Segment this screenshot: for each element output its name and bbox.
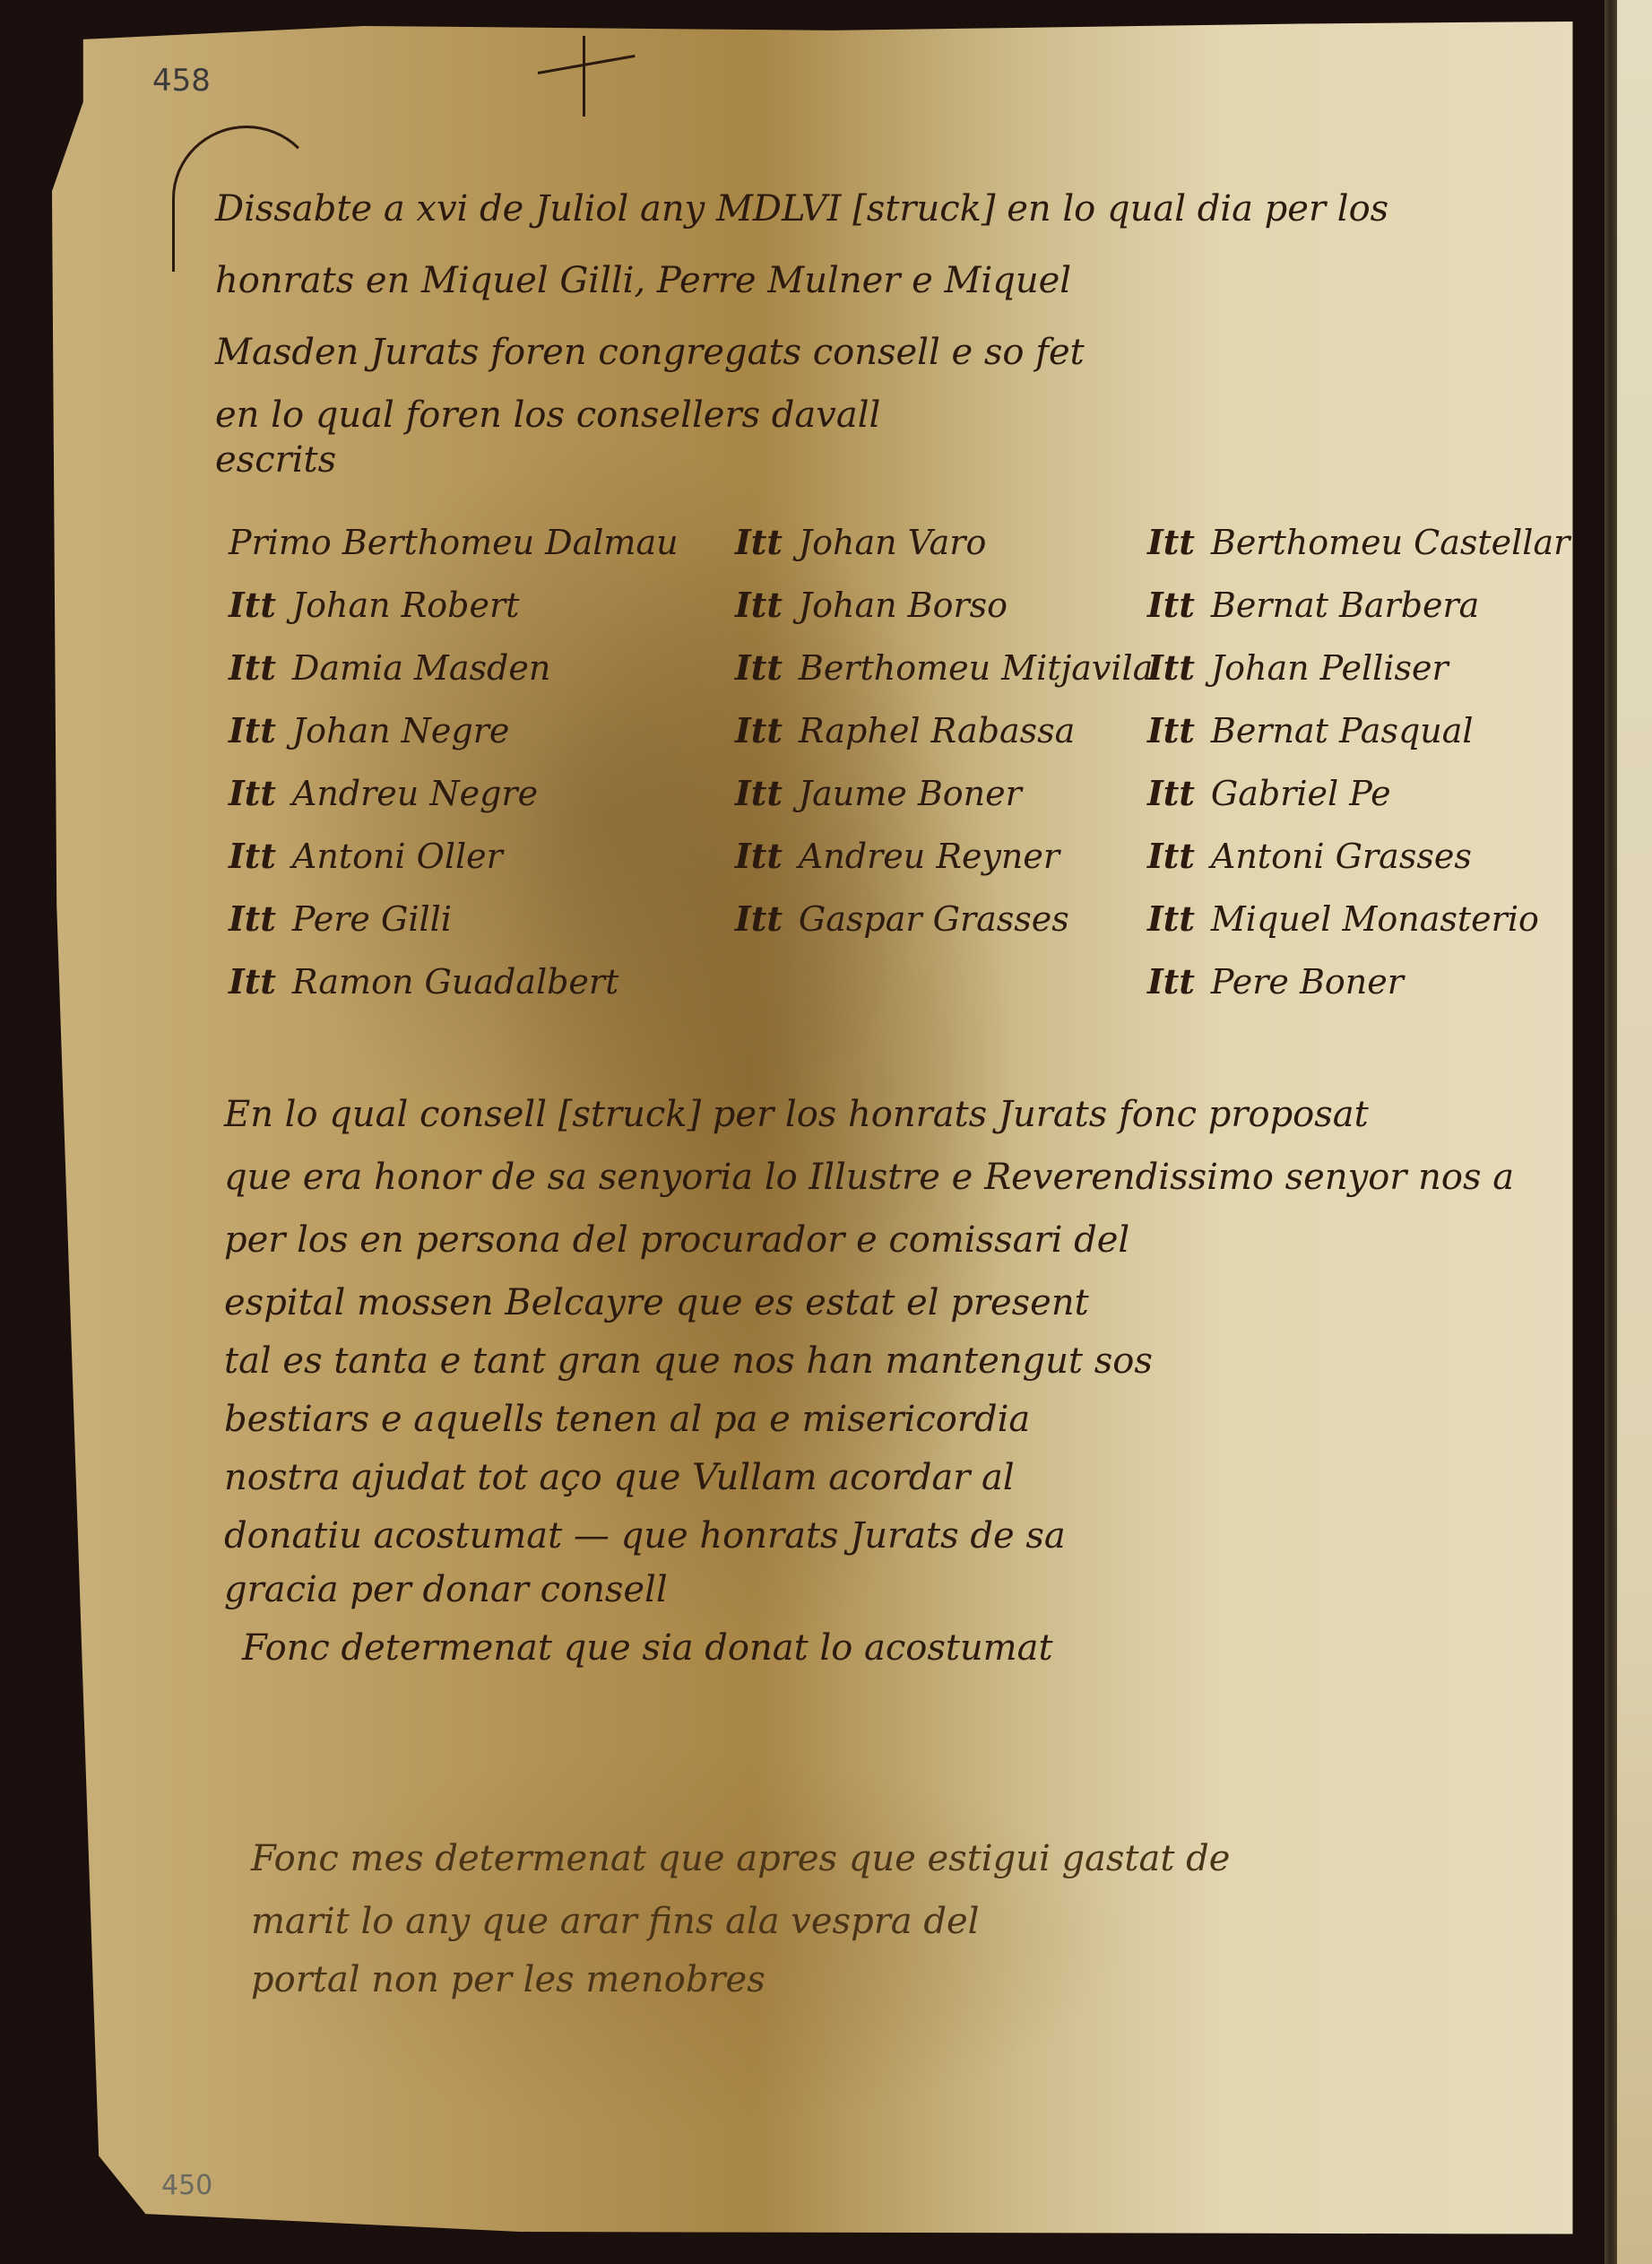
resolution-line: donatiu acostumat — que honrats Jurats d… xyxy=(224,1515,1066,1557)
attendance-column-2: IttJohan Varo IttJohan Borso IttBerthome… xyxy=(735,511,1153,950)
attendee: IttRamon Guadalbert xyxy=(229,950,679,1013)
attendee: IttJohan Negre xyxy=(229,699,679,762)
attendee: IttAndreu Negre xyxy=(229,762,679,825)
attendee: IttRaphel Rabassa xyxy=(735,699,1153,762)
folio-number-bottom: 450 xyxy=(161,2170,212,2201)
attendee: IttGabriel Pe xyxy=(1147,762,1570,825)
attendee: IttAntoni Oller xyxy=(229,825,679,888)
attendee: IttJohan Robert xyxy=(229,574,679,637)
folio-number-top: 458 xyxy=(152,63,211,99)
attendance-column-3: IttBerthomeu Castellar IttBernat Barbera… xyxy=(1147,511,1570,1013)
resolution-line: tal es tanta e tant gran que nos han man… xyxy=(224,1340,1153,1382)
heading-cross-icon xyxy=(538,36,636,126)
attendee: IttBerthomeu Castellar xyxy=(1147,511,1570,574)
resolution-line: espital mossen Belcayre que es estat el … xyxy=(224,1282,1089,1323)
attendee: IttBerthomeu Mitjavila xyxy=(735,637,1153,699)
attendee: IttAndreu Reyner xyxy=(735,825,1153,888)
opening-line: en lo qual foren los consellers davall xyxy=(215,395,880,436)
later-line: marit lo any que arar fins ala vespra de… xyxy=(251,1901,979,1942)
attendee: IttJaume Boner xyxy=(735,762,1153,825)
attendance-column-1: Primo Berthomeu Dalmau IttJohan Robert I… xyxy=(229,511,679,1013)
attendee: IttJohan Borso xyxy=(735,574,1153,637)
facing-page-edge xyxy=(1617,0,1652,2264)
resolution-line: nostra ajudat tot aço que Vullam acordar… xyxy=(224,1457,1015,1498)
attendee: IttBernat Pasqual xyxy=(1147,699,1570,762)
attendee: IttPere Gilli xyxy=(229,888,679,950)
decision-line: Fonc determenat que sia donat lo acostum… xyxy=(242,1627,1053,1669)
attendee: IttJohan Pelliser xyxy=(1147,637,1570,699)
attendee: IttBernat Barbera xyxy=(1147,574,1570,637)
opening-line: Dissabte a xvi de Juliol any MDLVI [stru… xyxy=(215,188,1388,230)
attendee: IttDamia Masden xyxy=(229,637,679,699)
resolution-line: que era honor de sa senyoria lo Illustre… xyxy=(224,1157,1514,1198)
attendee: IttMiquel Monasterio xyxy=(1147,888,1570,950)
resolution-line: En lo qual consell [struck] per los honr… xyxy=(224,1094,1369,1135)
opening-line: honrats en Miquel Gilli, Perre Mulner e … xyxy=(215,260,1071,301)
opening-line: Masden Jurats foren congregats consell e… xyxy=(215,332,1085,373)
resolution-line: per los en persona del procurador e comi… xyxy=(224,1219,1129,1261)
resolution-line: bestiars e aquells tenen al pa e miseric… xyxy=(224,1399,1030,1440)
resolution-line: gracia per donar consell xyxy=(224,1569,668,1610)
binding-gutter xyxy=(1604,0,1617,2264)
attendee: IttGaspar Grasses xyxy=(735,888,1153,950)
attendee: IttPere Boner xyxy=(1147,950,1570,1013)
later-line: portal non per les menobres xyxy=(251,1959,765,2000)
opening-line: escrits xyxy=(215,439,336,481)
attendee: Primo Berthomeu Dalmau xyxy=(229,511,679,574)
attendee: IttJohan Varo xyxy=(735,511,1153,574)
attendee: IttAntoni Grasses xyxy=(1147,825,1570,888)
later-line: Fonc mes determenat que apres que estigu… xyxy=(251,1838,1230,1879)
